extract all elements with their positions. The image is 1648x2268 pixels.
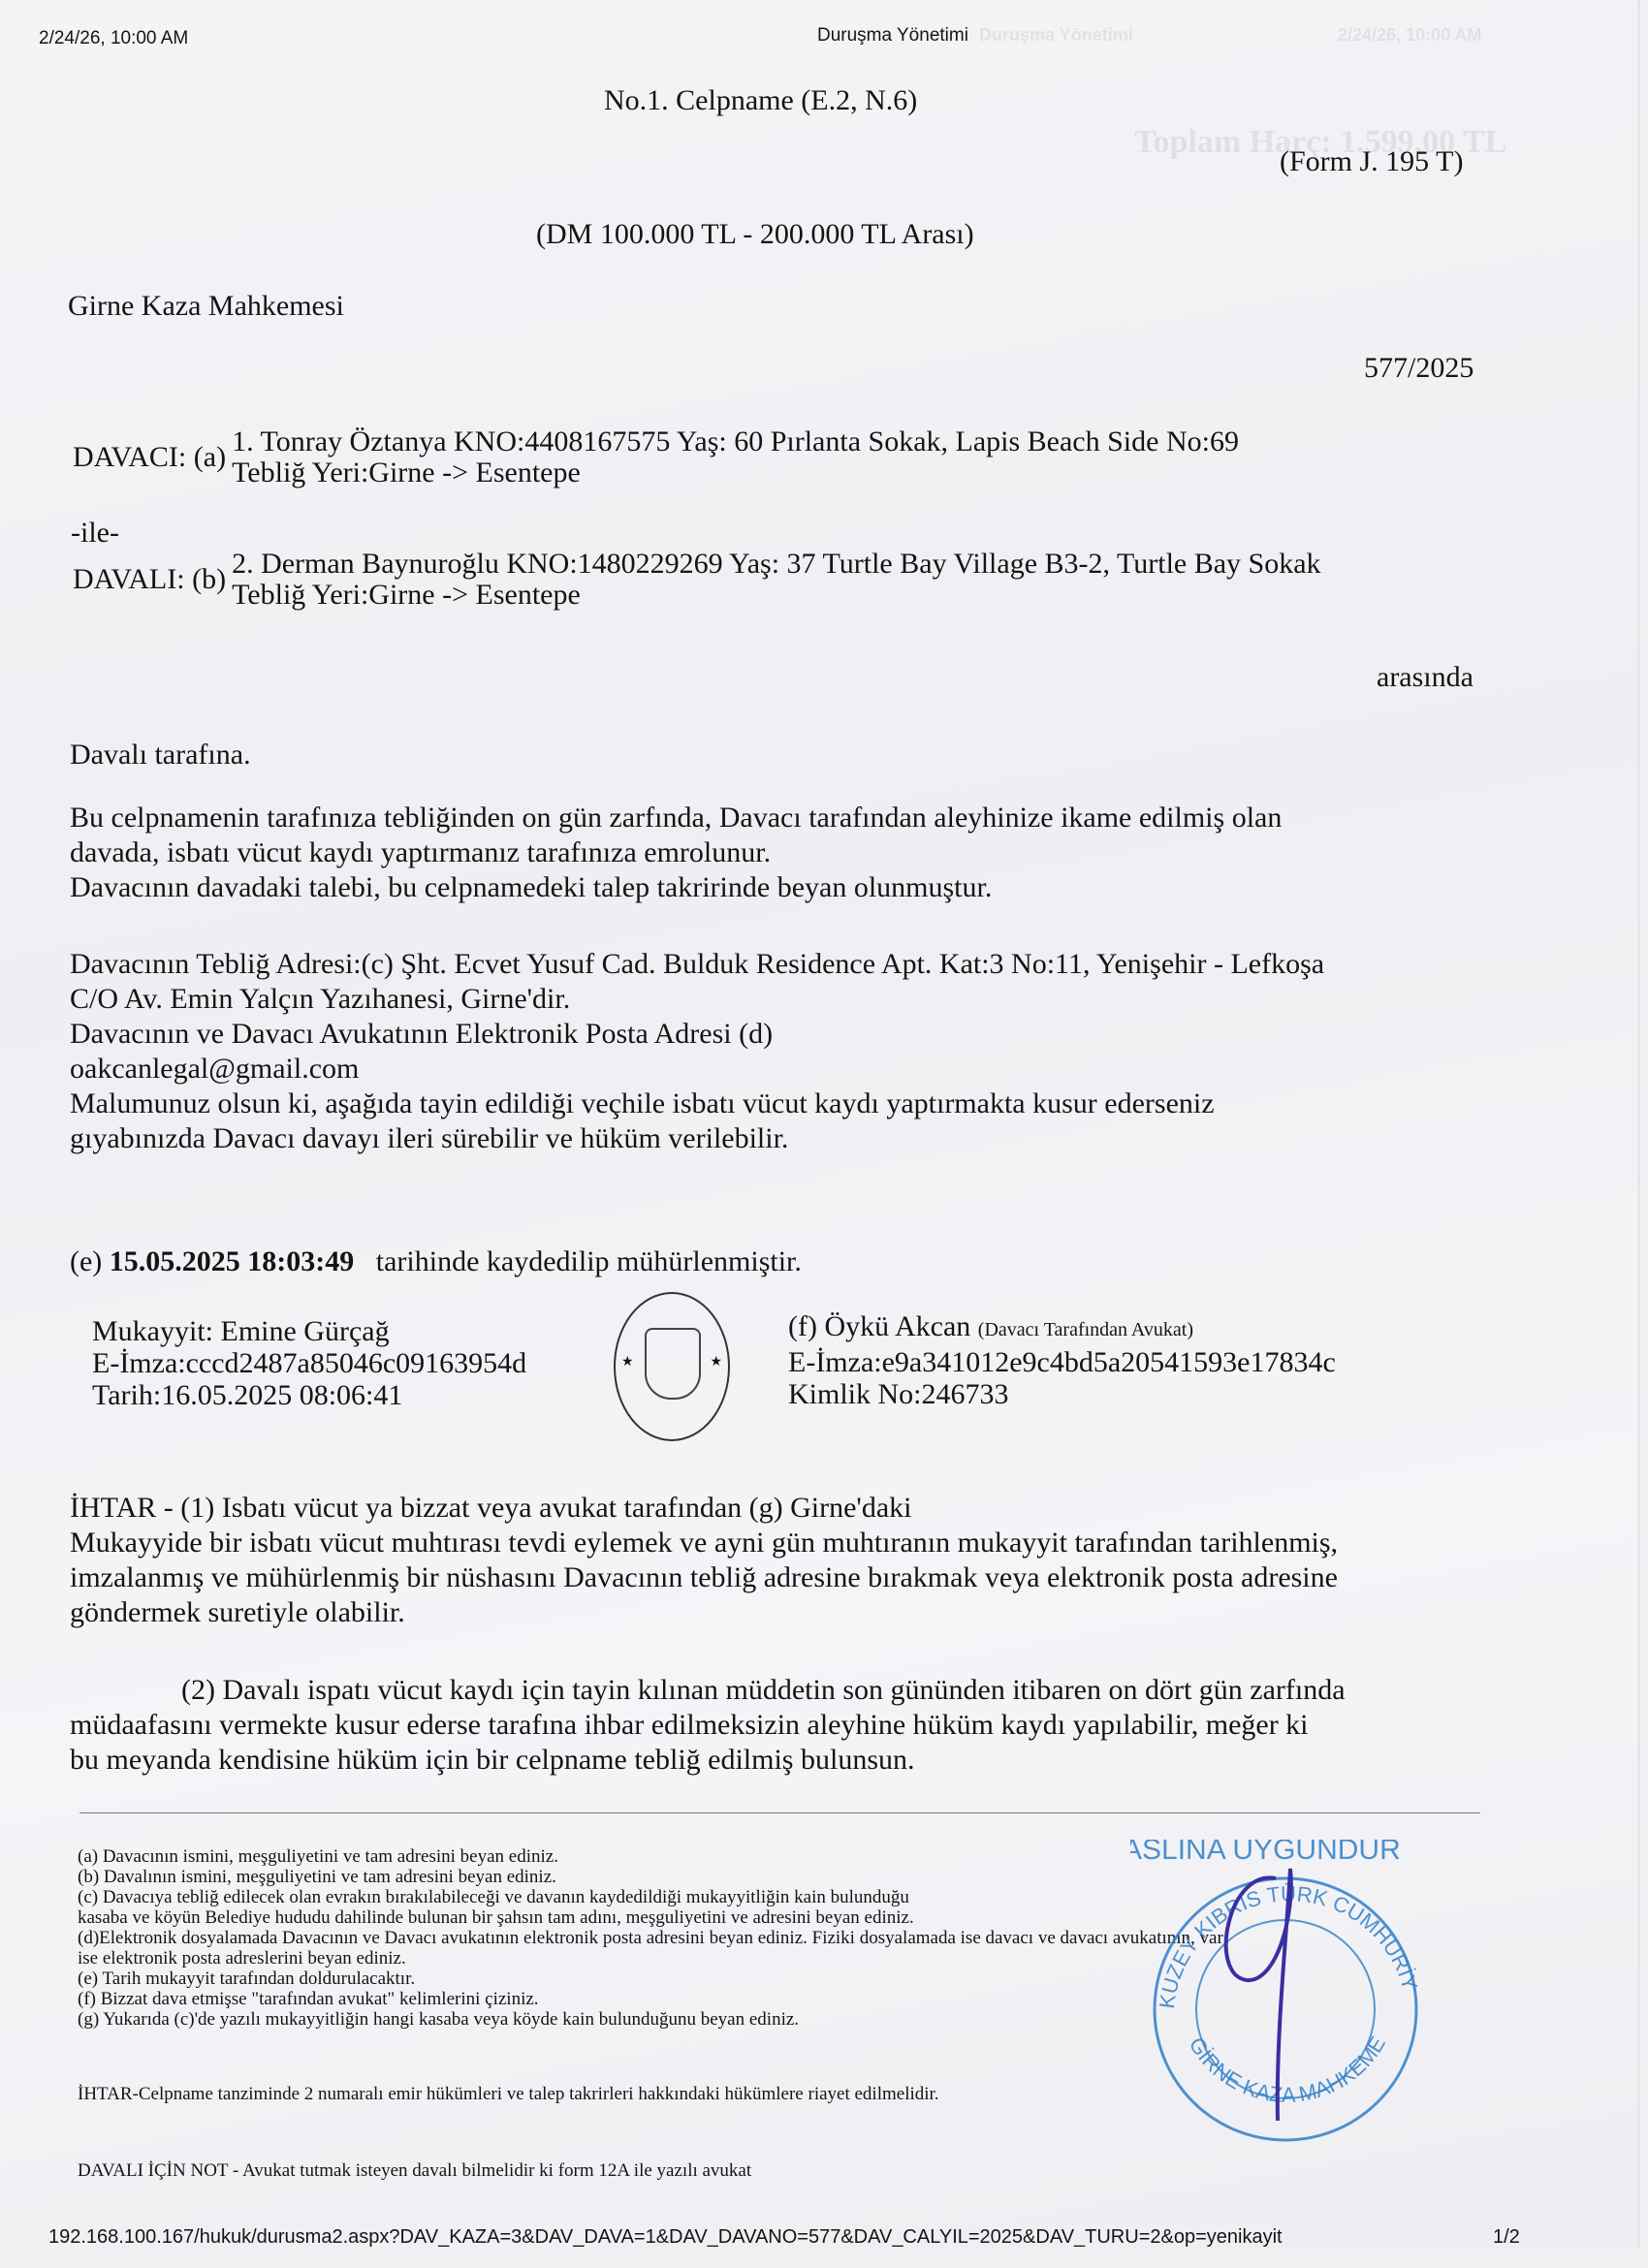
arasinda: arasında (1377, 660, 1474, 695)
defendant-line2: Tebliğ Yeri:Girne -> Esentepe (232, 580, 1321, 611)
between-word: -ile- (71, 516, 119, 551)
form-code: (Form J. 195 T) (1280, 144, 1463, 179)
registrar-signature: E-İmza:cccd2487a85046c09163954d (92, 1347, 526, 1379)
defendant-note: DAVALI İÇİN NOT - Avukat tutmak isteyen … (78, 2160, 751, 2181)
registrar-block: Mukayyit: Emine Gürçağ E-İmza:cccd2487a8… (92, 1315, 526, 1411)
court-seal-icon: ★ ★ (614, 1292, 730, 1441)
court-name: Girne Kaza Mahkemesi (68, 289, 344, 324)
addressee: Davalı tarafına. (70, 738, 251, 772)
lawyer-block: (f) Öykü Akcan (Davacı Tarafından Avukat… (788, 1310, 1336, 1410)
value-range: (DM 100.000 TL - 200.000 TL Arası) (536, 217, 974, 252)
plaintiff-line2: Tebliğ Yeri:Girne -> Esentepe (232, 457, 1239, 488)
registrar-date: Tarih:16.05.2025 08:06:41 (92, 1379, 526, 1411)
lawyer-id: Kimlik No:246733 (788, 1378, 1336, 1410)
page-url: 192.168.100.167/hukuk/durusma2.aspx?DAV_… (48, 2226, 1283, 2249)
print-datetime: 2/24/26, 10:00 AM (39, 28, 188, 49)
lawyer-name: (f) Öykü Akcan (788, 1310, 970, 1342)
scanned-page: 2/24/26, 10:00 AM Duruşma Yönetimi Topla… (0, 0, 1639, 2249)
bleed-datetime: 2/24/26, 10:00 AM (1338, 25, 1481, 46)
address-paragraph: Davacının Tebliğ Adresi:(c) Şht. Ecvet Y… (70, 947, 1324, 1156)
divider (79, 1812, 1480, 1813)
footnotes: (a) Davacının ismini, meşguliyetini ve t… (78, 1846, 1223, 2030)
defendant-block: DAVALI: (b) 2. Derman Baynuroğlu KNO:148… (73, 549, 1321, 611)
warning-2: (2) Davalı ispatı vücut kaydı için tayin… (70, 1673, 1346, 1778)
official-stamp-icon: ASLINA UYGUNDUR KUZEY KIBRIS TÜRK CUMHUR… (1130, 1840, 1441, 2150)
defendant-line1: 2. Derman Baynuroğlu KNO:1480229269 Yaş:… (232, 549, 1321, 580)
case-number: 577/2025 (1364, 351, 1474, 386)
body-paragraph: Bu celpnamenin tarafınıza tebliğinden on… (70, 801, 1282, 905)
lawyer-signature: E-İmza:e9a341012e9c4bd5a20541593e17834c (788, 1346, 1336, 1378)
plaintiff-label: DAVACI: (a) (73, 441, 226, 474)
footer-warning: İHTAR-Celpname tanziminde 2 numaralı emi… (78, 2084, 939, 2104)
print-title: Duruşma Yönetimi (817, 25, 968, 47)
registration-datetime: 15.05.2025 18:03:49 (110, 1245, 354, 1277)
registration-line: (e) 15.05.2025 18:03:49 tarihinde kayded… (70, 1244, 802, 1279)
plaintiff-email: oakcanlegal@gmail.com (70, 1052, 1324, 1087)
warning-1: İHTAR - (1) Isbatı vücut ya bizzat veya … (70, 1491, 1338, 1630)
plaintiff-block: DAVACI: (a) 1. Tonray Öztanya KNO:440816… (73, 426, 1239, 488)
page-number: 1/2 (1493, 2226, 1520, 2249)
registrar-name: Mukayyit: Emine Gürçağ (92, 1315, 526, 1347)
svg-text:ASLINA UYGUNDUR: ASLINA UYGUNDUR (1130, 1840, 1401, 1866)
defendant-label: DAVALI: (b) (73, 563, 226, 596)
bleed-title: Duruşma Yönetimi (979, 25, 1133, 46)
form-title: No.1. Celpname (E.2, N.6) (604, 83, 917, 118)
lawyer-role: (Davacı Tarafından Avukat) (978, 1319, 1193, 1340)
plaintiff-line1: 1. Tonray Öztanya KNO:4408167575 Yaş: 60… (232, 426, 1239, 457)
